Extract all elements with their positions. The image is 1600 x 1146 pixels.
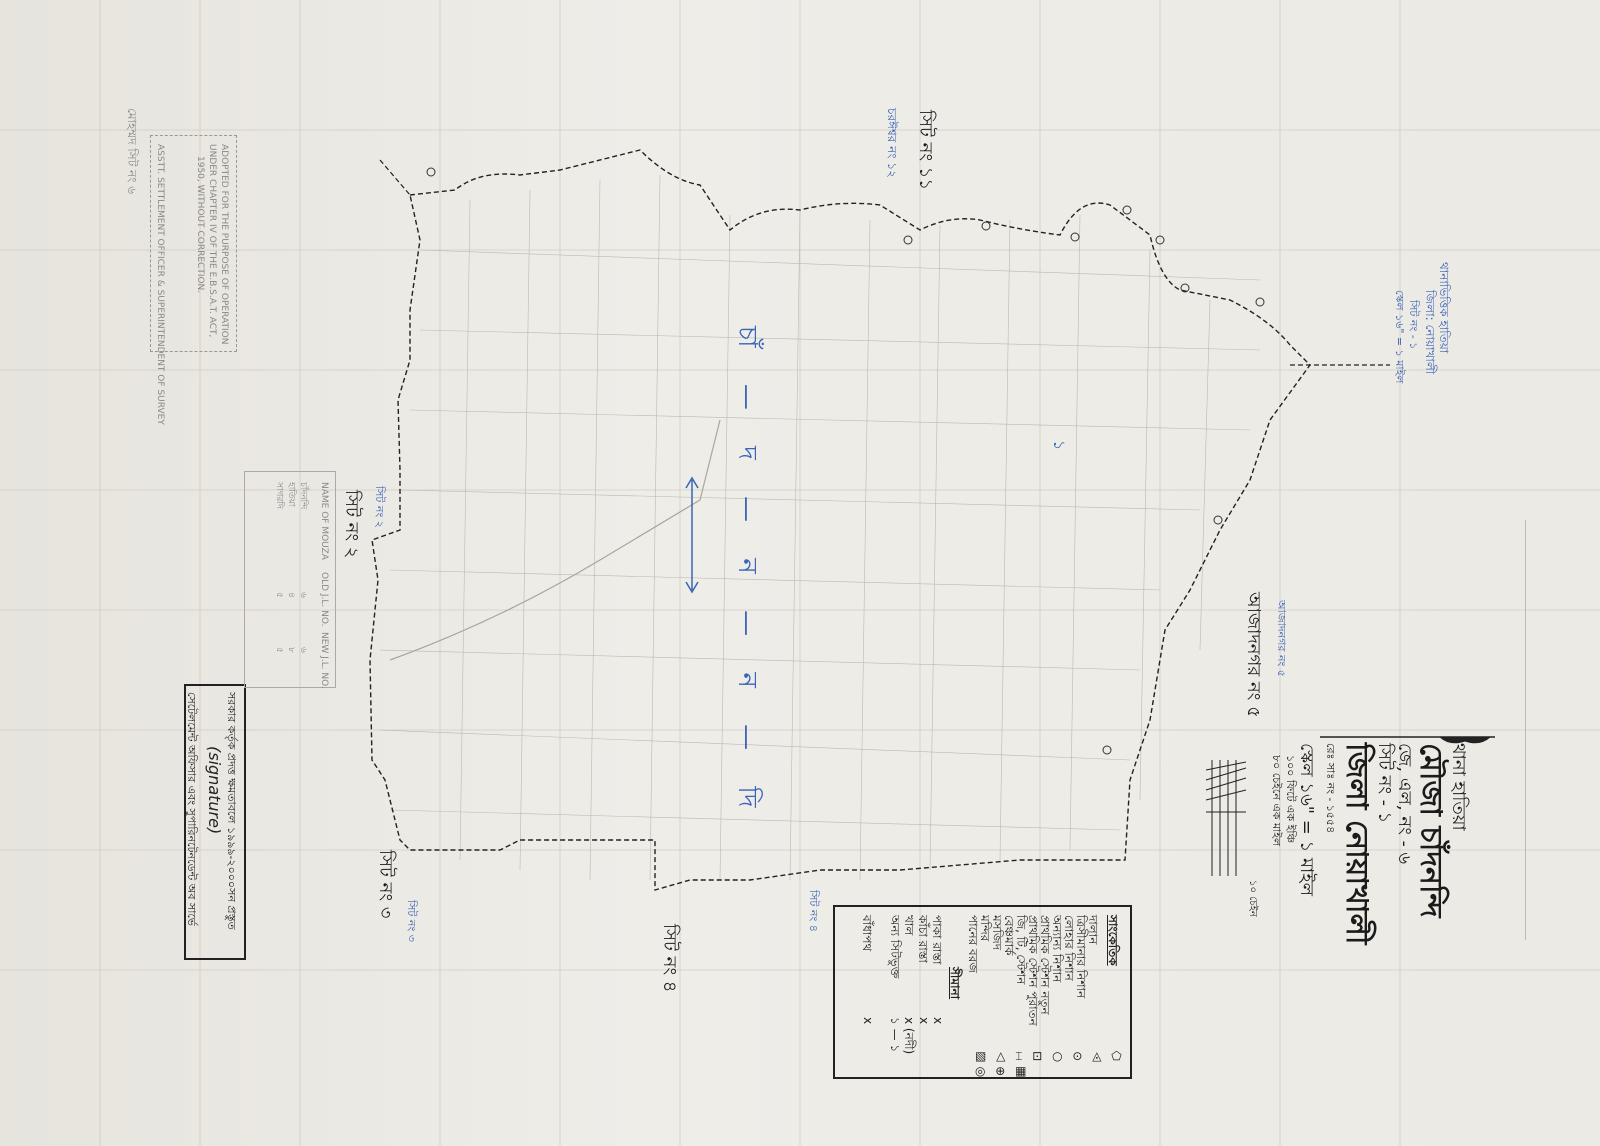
adjacent-left-label: সিট নং ২ xyxy=(335,490,366,559)
boundary-mark: x xyxy=(931,1017,945,1024)
right-margin-notes xyxy=(1525,520,1566,940)
adjacent-top-label: সিট নং ১১ xyxy=(909,110,940,190)
stamp-line: UNDER CHAPTER IV OF THE E.B.S.A.T. ACT, xyxy=(207,144,217,337)
mouza-boundary xyxy=(370,150,1310,890)
adoption-stamp: ADOPTED FOR THE PURPOSE OF OPERATION UND… xyxy=(150,135,237,352)
table-header: OLD J.L. NO. xyxy=(319,572,329,626)
table-cell: সাগরদি xyxy=(272,482,287,509)
pencil-note: মোহম্মদ সিট নং ৬ xyxy=(120,108,140,194)
adjacent-right-label: আজাদনগর নং ৫ xyxy=(1237,592,1268,718)
legend-heading: সাংকেতিক xyxy=(1101,915,1121,966)
legend-box: সাংকেতিক দালান ত্রিসীমানার নিশান লোহার ন… xyxy=(833,905,1132,1079)
boundary-mark: x xyxy=(861,1017,875,1024)
boundary-heading: সীমানা xyxy=(943,967,963,999)
adjacent-top-note: চরঈশ্বর নং ১২ xyxy=(880,108,900,178)
legend-symbols: ▧ △ ⌶ ⊡ ○ ⊙ ◬ ⬠ ◎ ⊕ ▦ xyxy=(975,1049,1125,1065)
boundary-item: অন্য সিটভুক্ত xyxy=(883,915,903,978)
adjacent-bottom-left-label: সিট নং ৩ xyxy=(369,850,400,919)
certification-line-2: সেটেলমেন্ট অফিসার এবং সুপারিনটেনডেন্ট অব… xyxy=(181,692,200,926)
scale-bar-end-label: ১০ চেইন xyxy=(1243,880,1260,917)
map-drawing xyxy=(0,0,1600,1146)
signature: (signature) xyxy=(205,746,224,834)
map-sheet: থানা হাতিয়া মৌজা চাঁদনন্দি জে, এল, নং -… xyxy=(0,0,1600,1146)
adjacent-bottom-note: সিট নং ৪ xyxy=(803,890,822,932)
stamp-line: ASSTT. SETTLEMENT OFFICER & SUPERINTENDE… xyxy=(155,144,165,425)
stamp-line: 1950, WITHOUT CORRECTION. xyxy=(195,156,205,293)
certification-box: সরকার কর্তৃক প্রদত্ত ক্ষমতাবলে ১৯৯৯-২০০০… xyxy=(184,684,246,960)
adjacent-bottom-left-note: সিট নং ৩ xyxy=(401,900,420,942)
title-block: থানা হাতিয়া মৌজা চাঁদনন্দি জে, এল, নং -… xyxy=(1295,735,1475,895)
legend-item: পানের বরজ xyxy=(961,915,981,973)
scale-note-2: ৮০ চেইনে এক মাইল xyxy=(1266,755,1285,846)
mouza-jl-table: NAME OF MOUZA OLD J.L. NO. NEW J.L. NO. … xyxy=(244,471,336,688)
boundary-mark: x xyxy=(917,1017,931,1024)
table-cell: ৫ xyxy=(272,647,287,653)
boundary-item: বাঁধাপথ xyxy=(855,915,875,951)
survey-number: রেঃ সাঃ নং - ১৫৫৪ xyxy=(1320,743,1339,833)
mouza-name-annotation: চাঁ — দ — ন — ন — দি xyxy=(724,326,768,821)
stamp-line: ADOPTED FOR THE PURPOSE OF OPERATION xyxy=(219,144,229,344)
parcel-number-annotation: ১ xyxy=(1045,440,1072,450)
table-header: NEW J.L. NO. xyxy=(319,632,329,689)
handwritten-note: স্কেল ১৬" = ১ মাইল xyxy=(1389,290,1408,384)
table-cell: ৫ xyxy=(272,592,287,598)
boundary-mark: ১ — ১ xyxy=(883,1017,903,1052)
adjacent-right-note: আজাদনগর নং ৫ xyxy=(1271,600,1290,677)
adjacent-bottom-label: সিট নং ৪ xyxy=(653,924,684,992)
adjacent-left-note: সিট নং ২ xyxy=(369,486,388,528)
table-header: NAME OF MOUZA xyxy=(319,482,329,560)
